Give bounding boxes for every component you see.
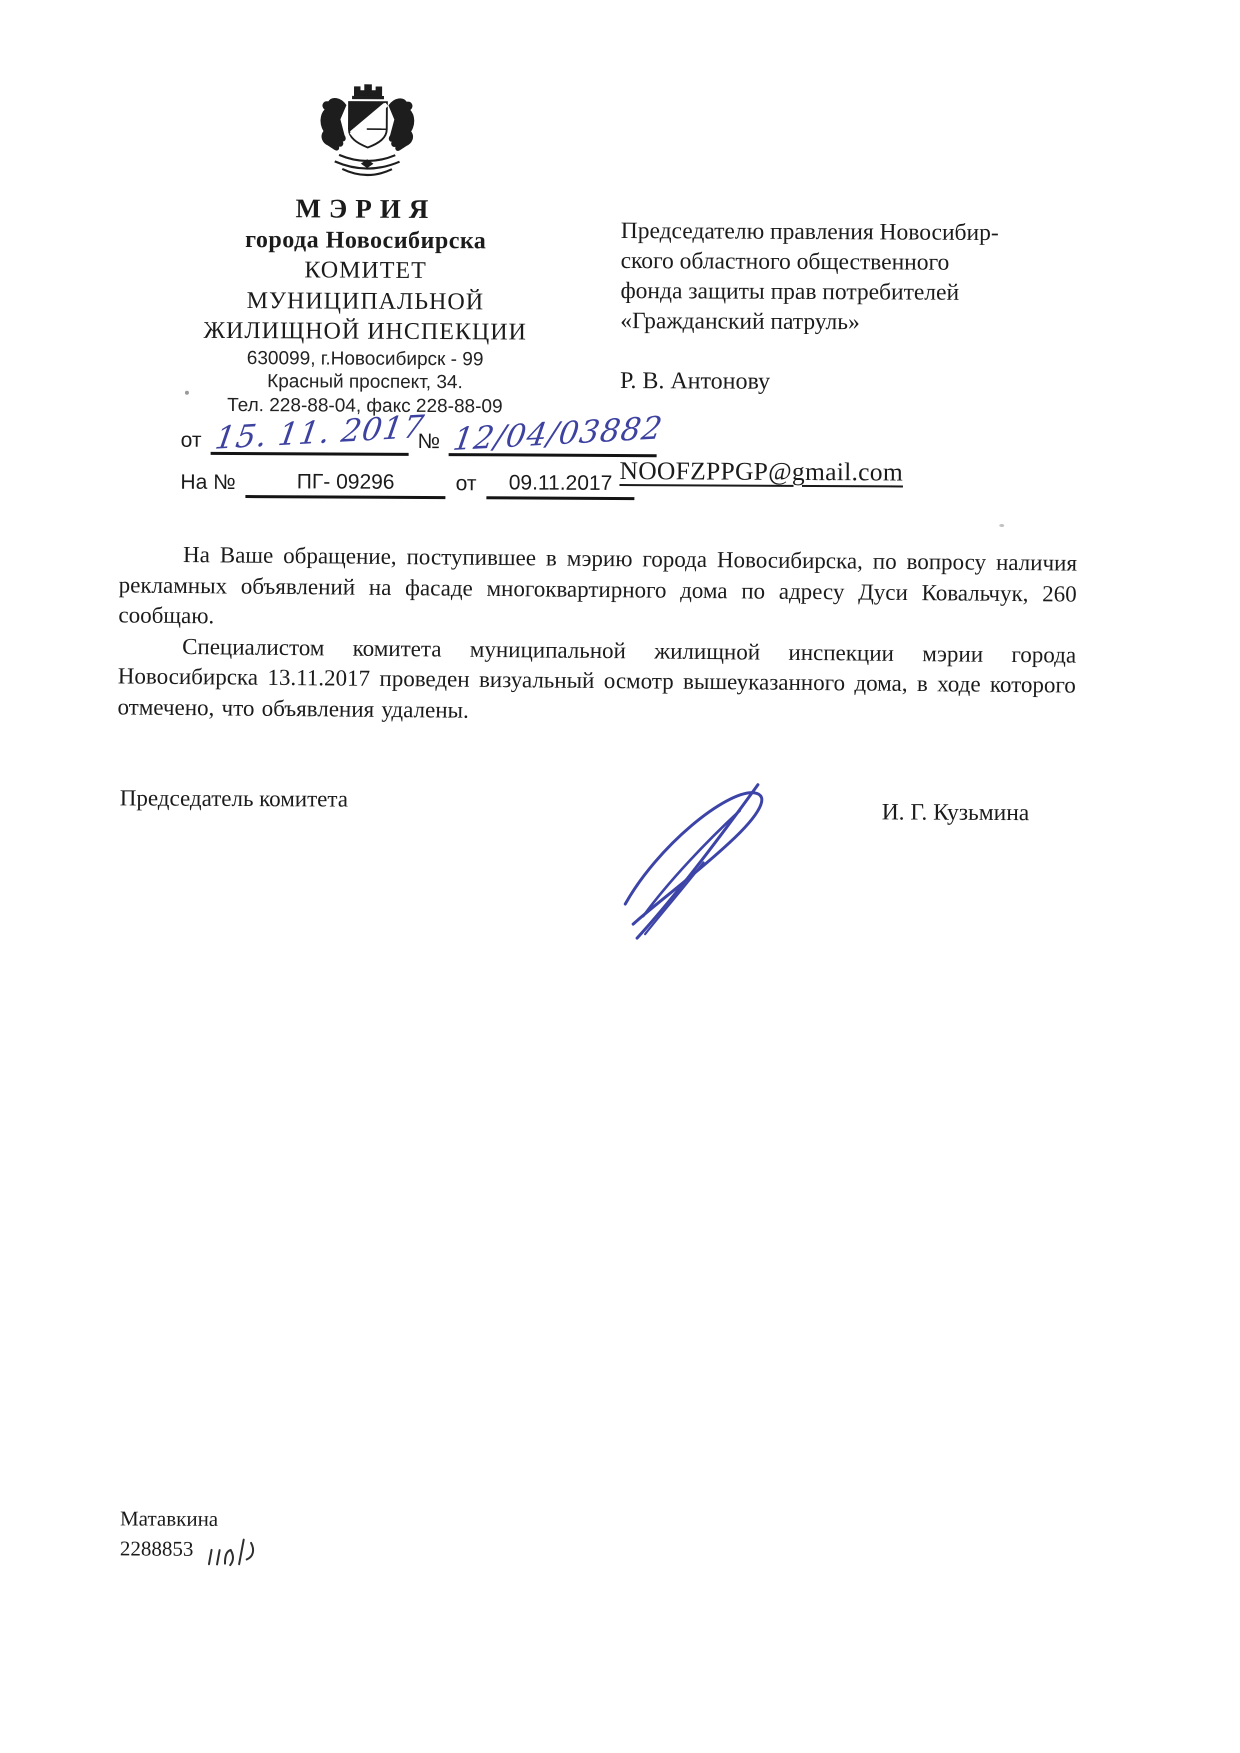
incoming-number: ПГ- 09296	[246, 470, 446, 499]
signer-job-title: Председатель комитета	[120, 785, 348, 812]
executor-phone: 2288853	[120, 1533, 194, 1563]
addressee-line2: ского областного общественного	[621, 246, 1095, 278]
signer-name: И. Г. Кузьмина	[882, 799, 1030, 827]
addressee-person-name: Р. В. Антонову	[620, 368, 770, 396]
committee-line3: ЖИЛИЩНОЙ ИНСПЕКЦИИ	[131, 315, 599, 348]
scan-speck	[999, 524, 1004, 527]
reply-to-label: На №	[180, 471, 235, 498]
outgoing-number-handwritten: 12/04/03882	[451, 410, 666, 458]
org-name-line1: МЭРИЯ	[132, 191, 600, 226]
org-name-line2: города Новосибирска	[132, 224, 600, 256]
addressee-email: NOOFZPPGP@gmail.com	[619, 456, 903, 487]
reply-from-label: от	[456, 472, 477, 499]
outgoing-date-handwritten: 15. 11. 2017	[212, 409, 427, 457]
incoming-reference-line: На № ПГ- 09296 от 09.11.2017	[180, 470, 634, 500]
addressee-line4: «Гражданский патруль»	[620, 306, 1094, 338]
body-paragraph-2: Специалистом комитета муниципальной жили…	[117, 631, 1076, 732]
committee-line2: МУНИЦИПАЛЬНОЙ	[131, 285, 599, 318]
scanned-letter-page: МЭРИЯ города Новосибирска КОМИТЕТ МУНИЦИ…	[0, 0, 1240, 1753]
addressee-line3: фонда защиты прав потребителей	[620, 276, 1094, 308]
handwritten-mark-icon	[200, 1533, 261, 1571]
outgoing-reference-line: от 15. 11. 2017 № 12/04/03882	[181, 416, 658, 457]
org-street-address: Красный проспект, 34.	[131, 369, 599, 395]
letter-body: На Ваше обращение, поступившее в мэрию г…	[117, 539, 1077, 731]
committee-line1: КОМИТЕТ	[132, 254, 600, 287]
body-paragraph-1: На Ваше обращение, поступившее в мэрию г…	[118, 539, 1077, 640]
executor-block: Матавкина 2288853	[120, 1503, 260, 1564]
executor-name: Матавкина	[120, 1503, 260, 1534]
outgoing-number-field: 12/04/03882	[449, 417, 657, 457]
outgoing-date-field: 15. 11. 2017	[210, 416, 408, 456]
novosibirsk-coat-of-arms-icon	[307, 82, 428, 191]
addressee-block: Председателю правления Новосибир- ского …	[620, 216, 1095, 338]
pen-signature-icon	[607, 776, 778, 942]
incoming-date: 09.11.2017	[486, 471, 634, 500]
from-label: от	[181, 429, 202, 455]
org-postal-address: 630099, г.Новосибирск - 99	[131, 346, 599, 372]
scan-speck	[185, 391, 189, 395]
letterhead: МЭРИЯ города Новосибирска КОМИТЕТ МУНИЦИ…	[131, 191, 600, 418]
addressee-line1: Председателю правления Новосибир-	[621, 216, 1095, 248]
